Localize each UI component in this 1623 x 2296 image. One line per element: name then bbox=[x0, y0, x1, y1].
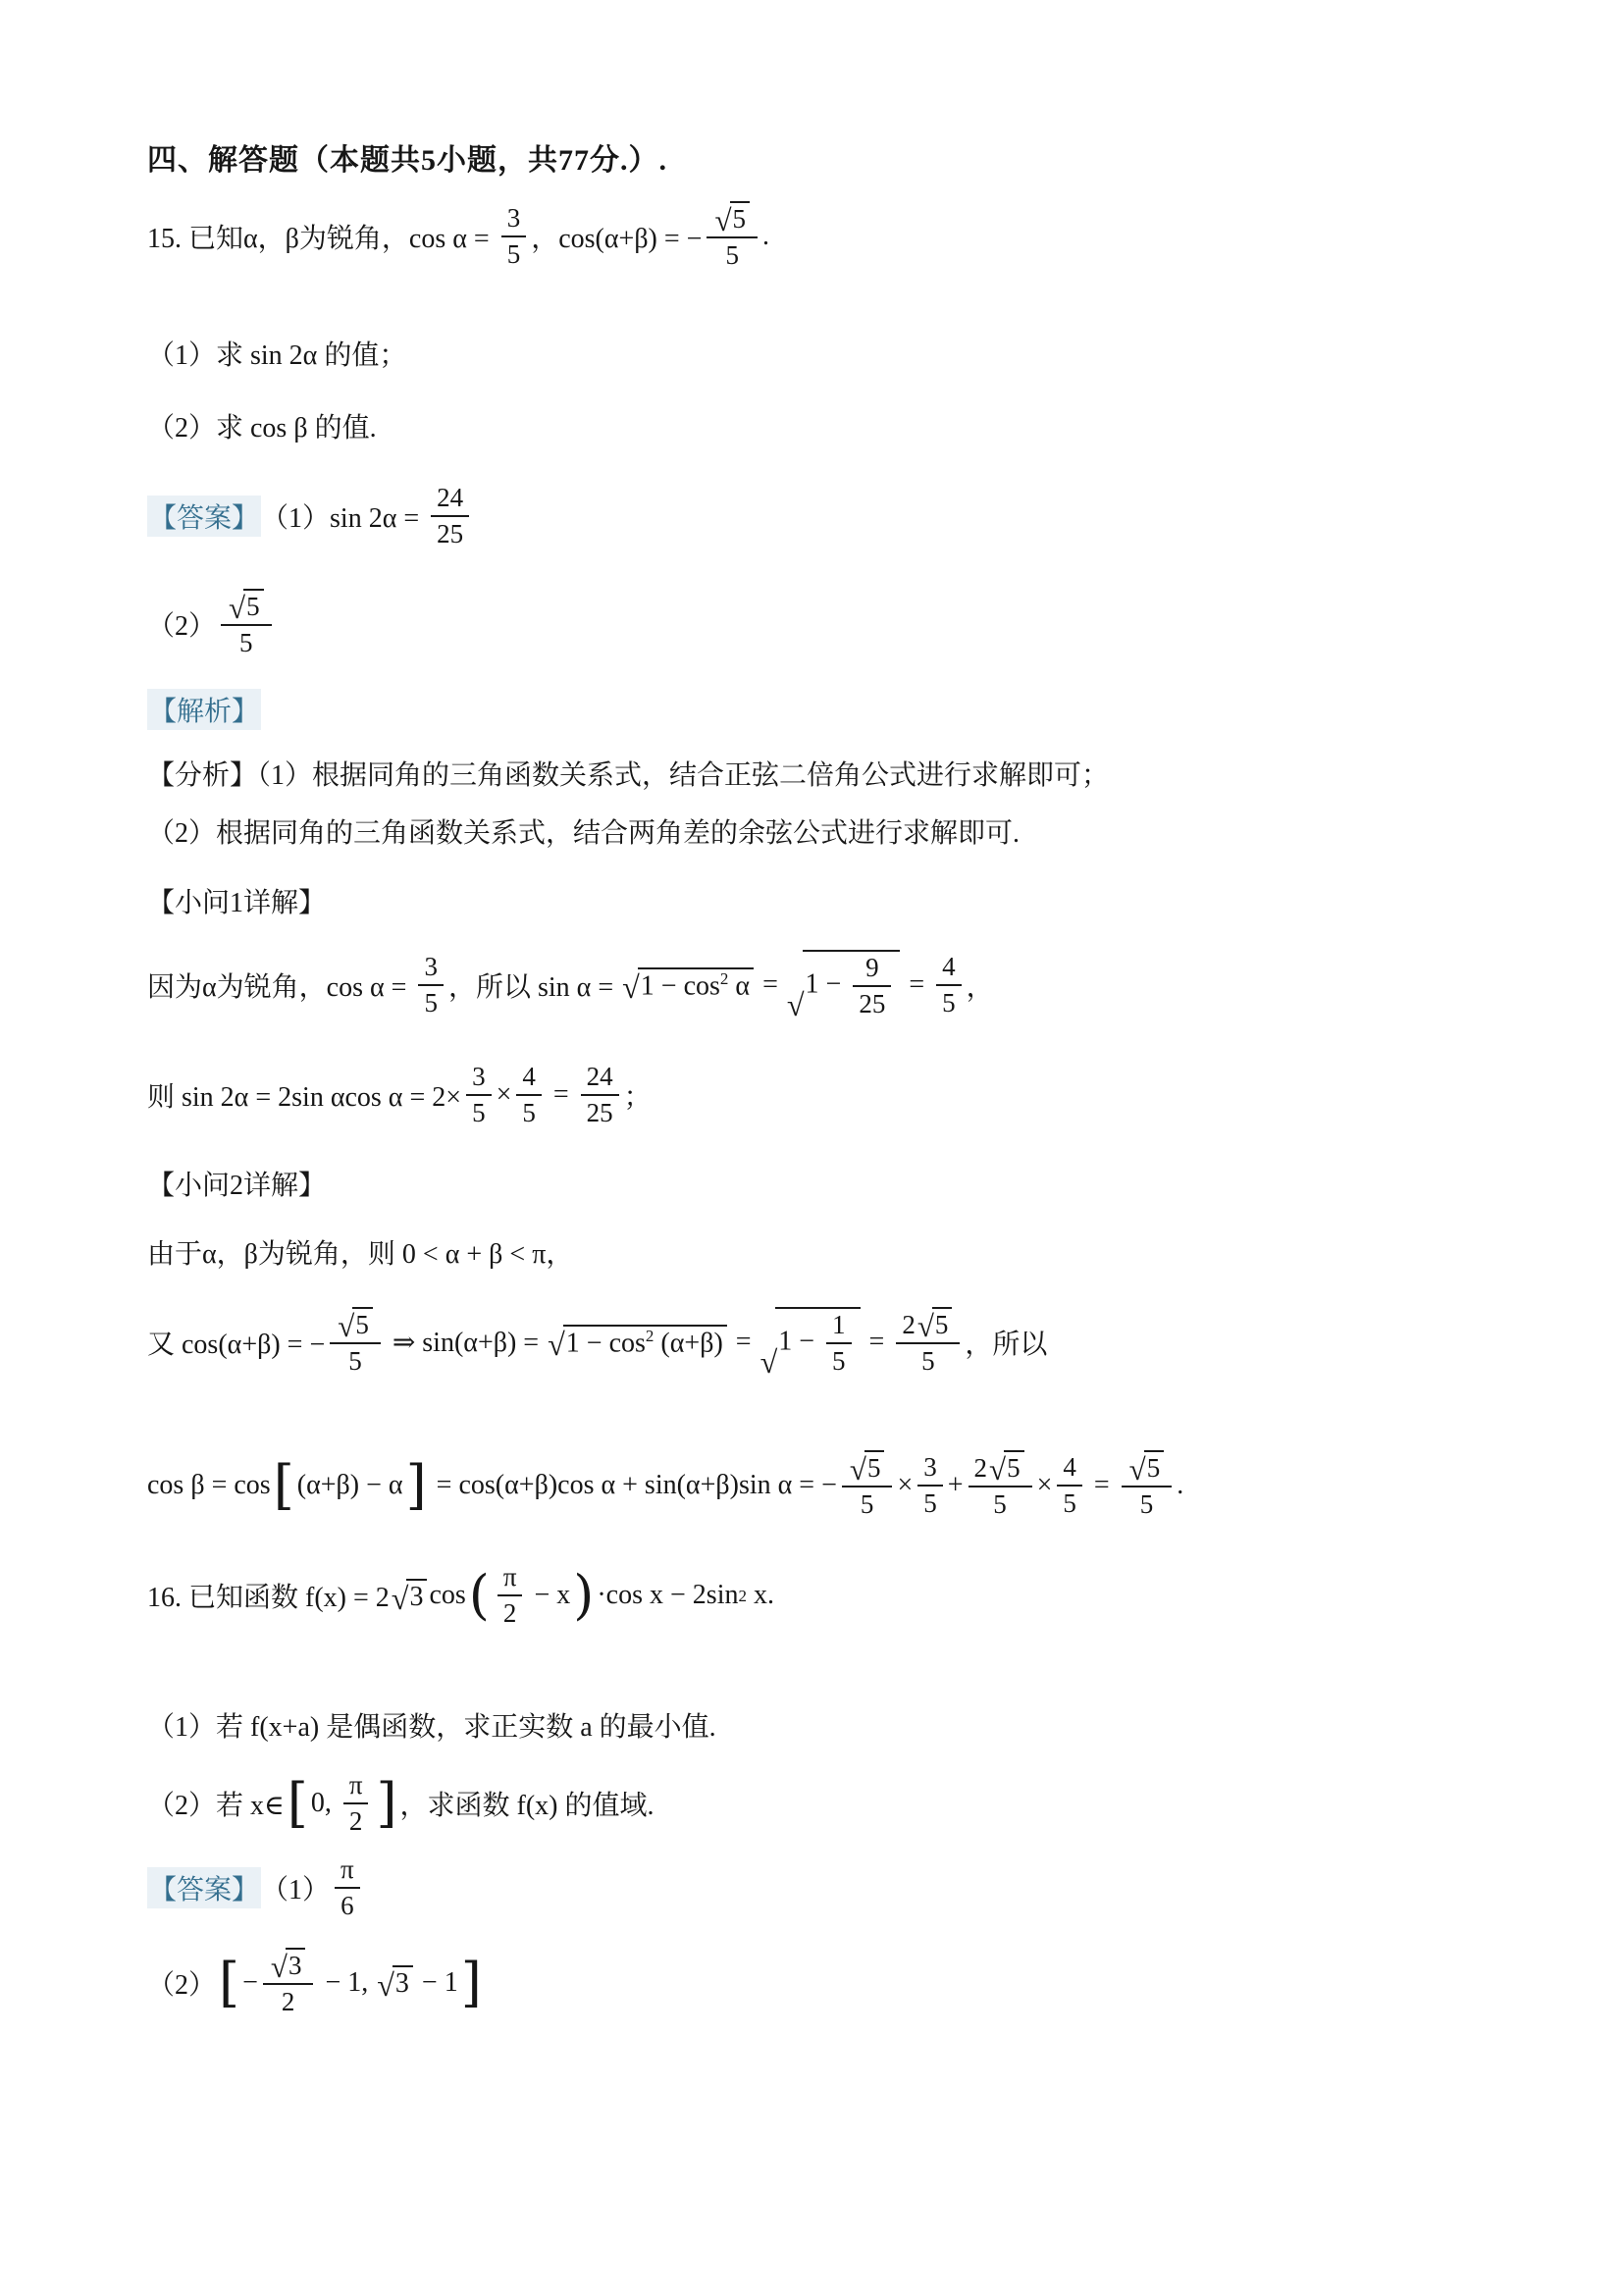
math-text: = bbox=[729, 1327, 759, 1358]
sqrt: √1 − cos2 α bbox=[622, 967, 754, 1002]
q15-part1: （1）求 sin 2α 的值； bbox=[147, 334, 406, 373]
q15-detail1-label: 【小问1详解】 bbox=[147, 881, 326, 920]
sqrt: √5 bbox=[917, 1307, 953, 1340]
fraction-denominator: 5 bbox=[418, 984, 444, 1018]
q15-jiexi: 【解析】 bbox=[147, 689, 261, 730]
fraction: √5 5 bbox=[707, 201, 758, 271]
q15-stem-text: . bbox=[762, 221, 769, 252]
q16-part2-text: ，求函数 f(x) 的值域. bbox=[400, 1784, 654, 1823]
q15-sol2-line2: 又 cos(α+β) = − √5 5 ⇒ sin(α+β) = √1 − co… bbox=[147, 1307, 1047, 1377]
math-text: 2 bbox=[974, 1453, 988, 1484]
math-text: 2 bbox=[902, 1310, 916, 1340]
sqrt: √1 − cos2 (α+β) bbox=[548, 1325, 727, 1359]
fraction: 24 25 bbox=[581, 1062, 619, 1128]
fraction-numerator: √5 bbox=[221, 589, 272, 624]
right-bracket: ] bbox=[461, 1957, 482, 2008]
math-text: = cos(α+β)cos α + sin(α+β)sin α = − bbox=[430, 1470, 837, 1501]
q15-answer2-text: （2） bbox=[147, 604, 216, 644]
fraction: 3 5 bbox=[418, 952, 444, 1018]
fraction-numerator: 4 bbox=[516, 1062, 542, 1094]
q15-answer-2: （2） √5 5 bbox=[147, 589, 277, 658]
fraction-numerator: 2√5 bbox=[969, 1450, 1032, 1486]
fraction-denominator: 5 bbox=[826, 1342, 852, 1377]
math-text: ， bbox=[967, 965, 994, 1005]
detail2-label-text: 【小问2详解】 bbox=[147, 1164, 326, 1203]
math-text: 由于α，β为锐角，则 0 < α + β < π， bbox=[147, 1232, 573, 1272]
q16-stem-text: ·cos x − 2sin bbox=[597, 1580, 738, 1611]
math-text: = bbox=[547, 1079, 576, 1111]
fraction-denominator: 2 bbox=[263, 1983, 314, 2017]
math-text: (α+β) bbox=[654, 1328, 722, 1358]
right-paren: ) bbox=[573, 1570, 594, 1620]
math-text: ，所以 sin α = bbox=[448, 965, 620, 1005]
fraction-numerator: 3 bbox=[466, 1062, 492, 1094]
q15-sol2-line3: cos β = cos [ (α+β) − α ] = cos(α+β)cos … bbox=[147, 1450, 1183, 1520]
q15-sol1-line1: 因为α为锐角，cos α = 3 5 ，所以 sin α = √1 − cos2… bbox=[147, 950, 994, 1019]
q16-answer2-text: − bbox=[242, 1967, 258, 1999]
q16-stem-text: 16. 已知函数 f(x) = 2 bbox=[147, 1576, 390, 1615]
fraction: π 6 bbox=[335, 1854, 360, 1921]
q16-answer1-text: （1） bbox=[261, 1868, 330, 1907]
fraction-denominator: 5 bbox=[896, 1342, 960, 1377]
radicand: 5 bbox=[352, 1307, 373, 1340]
fraction-denominator: 5 bbox=[707, 236, 758, 271]
math-text: (α+β) − α bbox=[297, 1470, 403, 1501]
q15-stem: 15. 已知α，β为锐角，cos α = 3 5 ，cos(α+β) = − √… bbox=[147, 201, 769, 271]
q16-answer-2: （2） [ − √3 2 − 1, √3 − 1 ] bbox=[147, 1948, 485, 2017]
math-text: 1 − cos bbox=[641, 970, 720, 1001]
fraction-denominator: 5 bbox=[1122, 1486, 1173, 1520]
math-text: = bbox=[1087, 1470, 1117, 1501]
q15-part2: （2）求 cos β 的值. bbox=[147, 406, 377, 445]
q15-fenxi-line2: （2）根据同角的三角函数关系式，结合两角差的余弦公式进行求解即可. bbox=[147, 811, 1020, 851]
fraction: 4 5 bbox=[1057, 1452, 1082, 1519]
math-text: = bbox=[756, 969, 785, 1001]
radicand: 5 bbox=[1004, 1450, 1024, 1484]
math-text: + bbox=[948, 1470, 964, 1501]
fraction-numerator: 4 bbox=[1057, 1452, 1082, 1485]
radicand: 5 bbox=[1144, 1450, 1165, 1484]
q16-answer2-text: − 1 bbox=[415, 1967, 458, 1999]
sqrt: √3 bbox=[377, 1965, 413, 2000]
math-text: . bbox=[1177, 1470, 1183, 1501]
q16-stem: 16. 已知函数 f(x) = 2 √3 cos ( π 2 − x ) ·co… bbox=[147, 1562, 774, 1629]
fraction: 2√5 5 bbox=[969, 1450, 1032, 1520]
math-text: = bbox=[863, 1327, 892, 1358]
detail1-label-text: 【小问1详解】 bbox=[147, 881, 326, 920]
fraction: π 2 bbox=[497, 1562, 523, 1629]
fraction-numerator: 24 bbox=[431, 483, 469, 515]
fraction-denominator: 5 bbox=[969, 1486, 1032, 1520]
q16-stem-text: cos bbox=[429, 1580, 465, 1611]
math-text: ； bbox=[624, 1075, 652, 1115]
jiexi-label: 【解析】 bbox=[147, 689, 261, 730]
fraction: 24 25 bbox=[431, 483, 469, 549]
answer-label: 【答案】 bbox=[147, 1867, 261, 1908]
fraction-denominator: 5 bbox=[466, 1094, 492, 1128]
math-text: 因为α为锐角，cos α = bbox=[147, 965, 413, 1005]
q16-stem-text: x. bbox=[747, 1580, 774, 1611]
radicand: 1 − 15 bbox=[775, 1307, 860, 1377]
fraction-numerator: √5 bbox=[707, 201, 758, 236]
fraction: 4 5 bbox=[936, 952, 962, 1018]
fraction-denominator: 5 bbox=[330, 1342, 381, 1377]
fraction-numerator: π bbox=[497, 1562, 523, 1594]
q16-part2: （2）若 x∈ [ 0, π 2 ] ，求函数 f(x) 的值域. bbox=[147, 1770, 654, 1837]
q16-part2-text: 0, bbox=[311, 1788, 339, 1819]
fraction-denominator: 5 bbox=[501, 235, 527, 270]
fraction-denominator: 2 bbox=[497, 1594, 523, 1629]
q16-part1-text: （1）若 f(x+a) 是偶函数，求正实数 a 的最小值. bbox=[147, 1705, 716, 1745]
fraction: 15 bbox=[826, 1310, 852, 1377]
radicand: 5 bbox=[730, 201, 751, 235]
fraction: √3 2 bbox=[263, 1948, 314, 2017]
math-text: α bbox=[728, 970, 750, 1001]
math-text: 1 − cos bbox=[566, 1328, 646, 1358]
fraction: √5 5 bbox=[330, 1307, 381, 1377]
fraction-denominator: 5 bbox=[917, 1485, 943, 1519]
sqrt: √5 bbox=[229, 589, 264, 622]
fraction-numerator: 24 bbox=[581, 1062, 619, 1094]
fraction-denominator: 6 bbox=[335, 1887, 360, 1921]
fraction-numerator: √5 bbox=[1122, 1450, 1173, 1486]
fraction-denominator: 5 bbox=[516, 1094, 542, 1128]
sqrt: √5 bbox=[338, 1307, 373, 1340]
answer-label: 【答案】 bbox=[147, 496, 261, 537]
q16-stem-text: − x bbox=[527, 1580, 570, 1611]
radicand: 5 bbox=[243, 589, 264, 622]
fraction-denominator: 25 bbox=[431, 515, 469, 549]
q15-part1-text: （1）求 sin 2α 的值； bbox=[147, 334, 406, 373]
exponent: 2 bbox=[738, 1588, 747, 1604]
fraction-denominator: 5 bbox=[221, 624, 272, 658]
q15-fenxi1-text: 【分析】（1）根据同角的三角函数关系式，结合正弦二倍角公式进行求解即可； bbox=[147, 754, 1109, 793]
radicand: 3 bbox=[286, 1948, 306, 1981]
math-text: ⇒ sin(α+β) = bbox=[386, 1326, 546, 1359]
section-header: 四、解答题（本题共5小题，共77分.）. bbox=[147, 135, 667, 179]
left-bracket: [ bbox=[219, 1957, 239, 2008]
q15-answer1-text: （1）sin 2α = bbox=[261, 496, 426, 536]
fraction-numerator: π bbox=[343, 1770, 369, 1802]
sqrt: √5 bbox=[1129, 1450, 1165, 1484]
sqrt: √5 bbox=[989, 1450, 1024, 1484]
sqrt: √3 bbox=[392, 1579, 428, 1613]
q16-answer2-text: （2） bbox=[147, 1963, 216, 2003]
q15-part2-text: （2）求 cos β 的值. bbox=[147, 406, 377, 445]
document-page: 四、解答题（本题共5小题，共77分.）. 15. 已知α，β为锐角，cos α … bbox=[0, 0, 1623, 2296]
q15-sol1-line2: 则 sin 2α = 2sin αcos α = 2× 3 5 × 4 5 = … bbox=[147, 1062, 652, 1128]
radicand: 5 bbox=[932, 1307, 953, 1340]
fraction-denominator: 5 bbox=[1057, 1485, 1082, 1519]
fraction: 2√5 5 bbox=[896, 1307, 960, 1377]
fraction: 3 5 bbox=[501, 203, 527, 270]
q15-detail2-label: 【小问2详解】 bbox=[147, 1164, 326, 1203]
fraction-denominator: 5 bbox=[936, 984, 962, 1018]
q16-answer2-text: − 1, bbox=[318, 1967, 375, 1999]
q15-fenxi-line1: 【分析】（1）根据同角的三角函数关系式，结合正弦二倍角公式进行求解即可； bbox=[147, 754, 1109, 793]
fraction-denominator: 25 bbox=[853, 985, 891, 1019]
fraction-denominator: 5 bbox=[842, 1486, 893, 1520]
fraction: √5 5 bbox=[842, 1450, 893, 1520]
left-paren: ( bbox=[469, 1570, 490, 1620]
right-bracket: ] bbox=[376, 1778, 396, 1828]
fraction-numerator: π bbox=[335, 1854, 360, 1887]
fraction-numerator: 2√5 bbox=[896, 1307, 960, 1342]
fraction-numerator: 4 bbox=[936, 952, 962, 984]
math-text: ，所以 bbox=[965, 1323, 1047, 1362]
left-bracket: [ bbox=[274, 1460, 294, 1510]
radicand: 1 − cos2 α bbox=[638, 967, 754, 1002]
fraction-numerator: √5 bbox=[330, 1307, 381, 1342]
sqrt: √1 − 925 bbox=[787, 950, 900, 1019]
fraction: √5 5 bbox=[221, 589, 272, 658]
math-text: × bbox=[497, 1079, 512, 1111]
left-bracket: [ bbox=[288, 1778, 308, 1828]
math-text: = bbox=[902, 969, 931, 1001]
q15-answer-1: 【答案】 （1）sin 2α = 24 25 bbox=[147, 483, 474, 549]
right-bracket: ] bbox=[406, 1460, 427, 1510]
fraction: 925 bbox=[853, 953, 891, 1019]
fraction-numerator: 9 bbox=[853, 953, 891, 985]
radicand: 3 bbox=[393, 1965, 413, 2000]
fraction-numerator: √3 bbox=[263, 1948, 314, 1983]
q16-answer-1: 【答案】 （1） π 6 bbox=[147, 1854, 365, 1921]
fraction-denominator: 2 bbox=[343, 1802, 369, 1837]
math-text: cos β = cos bbox=[147, 1470, 271, 1501]
math-text: 又 cos(α+β) = − bbox=[147, 1323, 325, 1362]
radicand: 3 bbox=[406, 1579, 427, 1613]
sqrt: √3 bbox=[271, 1948, 306, 1981]
math-text: 1 − bbox=[778, 1326, 821, 1356]
q15-fenxi2-text: （2）根据同角的三角函数关系式，结合两角差的余弦公式进行求解即可. bbox=[147, 811, 1020, 851]
fraction-denominator: 25 bbox=[581, 1094, 619, 1128]
math-text: 则 sin 2α = 2sin αcos α = 2× bbox=[147, 1075, 461, 1115]
fraction: 3 5 bbox=[917, 1452, 943, 1519]
q15-stem-text: ，cos(α+β) = − bbox=[531, 217, 702, 256]
sqrt: √1 − 15 bbox=[760, 1307, 861, 1377]
fraction-numerator: 3 bbox=[418, 952, 444, 984]
fraction-numerator: √5 bbox=[842, 1450, 893, 1486]
radicand: 1 − cos2 (α+β) bbox=[563, 1325, 727, 1359]
sqrt: √5 bbox=[850, 1450, 885, 1484]
q15-sol2-line1: 由于α，β为锐角，则 0 < α + β < π， bbox=[147, 1232, 573, 1272]
math-text: 1 − bbox=[806, 968, 849, 999]
fraction-numerator: 3 bbox=[917, 1452, 943, 1485]
math-text: × bbox=[1037, 1470, 1053, 1501]
fraction-numerator: 3 bbox=[501, 203, 527, 235]
radicand: 1 − 925 bbox=[803, 950, 901, 1019]
fraction: π 2 bbox=[343, 1770, 369, 1837]
section-header-text: 四、解答题（本题共5小题，共77分.）. bbox=[147, 135, 667, 179]
q15-stem-text: 15. 已知α，β为锐角，cos α = bbox=[147, 217, 497, 256]
q16-part2-text: （2）若 x∈ bbox=[147, 1784, 285, 1823]
q16-part1: （1）若 f(x+a) 是偶函数，求正实数 a 的最小值. bbox=[147, 1705, 716, 1745]
fraction-numerator: 1 bbox=[826, 1310, 852, 1342]
radicand: 5 bbox=[864, 1450, 885, 1484]
fraction: 4 5 bbox=[516, 1062, 542, 1128]
fraction: 3 5 bbox=[466, 1062, 492, 1128]
sqrt: √5 bbox=[714, 201, 750, 235]
fraction: √5 5 bbox=[1122, 1450, 1173, 1520]
math-text: × bbox=[897, 1470, 913, 1501]
